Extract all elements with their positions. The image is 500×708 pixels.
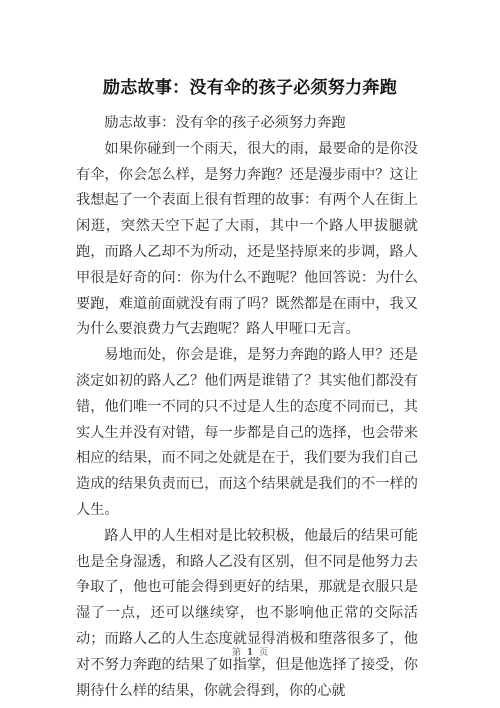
- subtitle-paragraph: 励志故事：没有伞的孩子必须努力奔跑: [76, 111, 418, 137]
- footer-suffix: 页: [259, 648, 268, 658]
- paragraph-1: 如果你碰到一个雨天，很大的雨，最要命的是你没有伞，你会怎么样，是努力奔跑？还是漫…: [76, 137, 418, 343]
- footer-prefix: 第: [232, 648, 241, 658]
- paragraph-3: 路人甲的人生相对是比较积极，他最后的结果可能也是全身湿透，和路人乙没有区别，但不…: [76, 524, 418, 705]
- document-title: 励志故事：没有伞的孩子必须努力奔跑: [0, 73, 500, 98]
- paragraph-2: 易地而处，你会是谁，是努力奔跑的路人甲？还是淡定如初的路人乙？他们两是谁错了？其…: [76, 343, 418, 524]
- page-footer: 第 1 页: [0, 645, 500, 658]
- document-body: 励志故事：没有伞的孩子必须努力奔跑 如果你碰到一个雨天，很大的雨，最要命的是你没…: [76, 111, 418, 704]
- document-page: 励志故事：没有伞的孩子必须努力奔跑 励志故事：没有伞的孩子必须努力奔跑 如果你碰…: [0, 0, 500, 708]
- page-number: 1: [247, 648, 253, 658]
